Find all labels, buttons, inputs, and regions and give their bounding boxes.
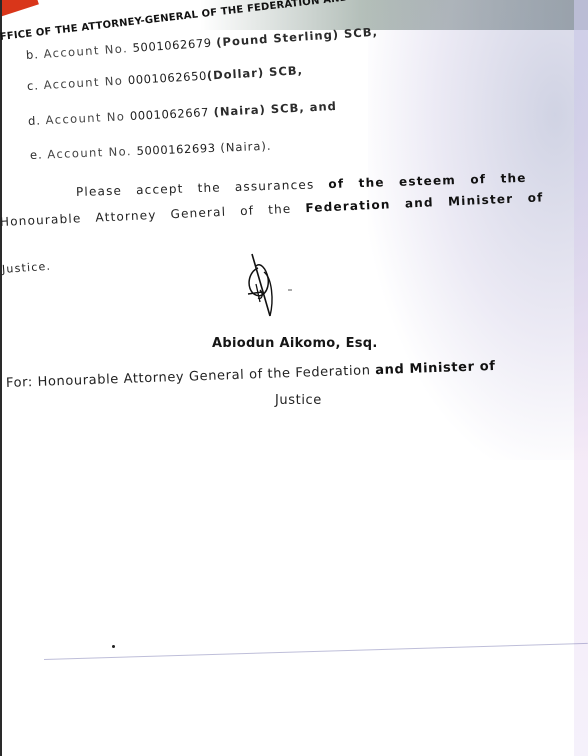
account-detail: (Dollar) SCB, <box>207 63 304 83</box>
photo-glare <box>368 0 588 460</box>
faint-rule <box>44 643 588 660</box>
account-number: 5001062679 <box>132 36 212 55</box>
signature-icon <box>240 250 300 320</box>
account-number: 5000162693 <box>136 141 216 158</box>
account-letter: e. <box>30 148 43 162</box>
account-label: Account No <box>45 109 125 127</box>
account-item-e: e. Account No. 5000162693 (Naira). <box>30 139 272 162</box>
document-page: FFICE OF THE ATTORNEY-GENERAL OF THE FED… <box>0 0 588 756</box>
account-detail: (Naira) SCB, and <box>213 99 337 119</box>
corner-letterhead-accent <box>0 0 39 18</box>
account-letter: d. <box>28 113 42 128</box>
account-label: Account No. <box>43 41 128 61</box>
account-label: Account No <box>43 73 123 92</box>
closing-line-3: Justice. <box>2 260 52 276</box>
account-number: 0001062650 <box>127 69 207 88</box>
account-detail: (Naira). <box>220 139 272 155</box>
account-letter: c. <box>27 78 40 93</box>
signer-title-line-2: Justice <box>275 393 322 408</box>
account-number: 0001062667 <box>130 105 210 123</box>
page-edge <box>0 0 2 756</box>
closing-text: Honourable Attorney General of the <box>0 202 292 229</box>
speck <box>112 645 115 648</box>
for-prefix: For: <box>6 375 33 391</box>
account-label: Account No. <box>47 144 132 161</box>
account-letter: b. <box>26 47 40 62</box>
account-item-c: c. Account No 0001062650(Dollar) SCB, <box>27 63 304 93</box>
for-title: Honourable Attorney General of the Feder… <box>37 363 371 390</box>
closing-text: Please accept the assurances <box>76 178 315 199</box>
signer-name: Abiodun Aikomo, Esq. <box>212 336 378 351</box>
account-item-d: d. Account No 0001062667 (Naira) SCB, an… <box>28 99 337 128</box>
